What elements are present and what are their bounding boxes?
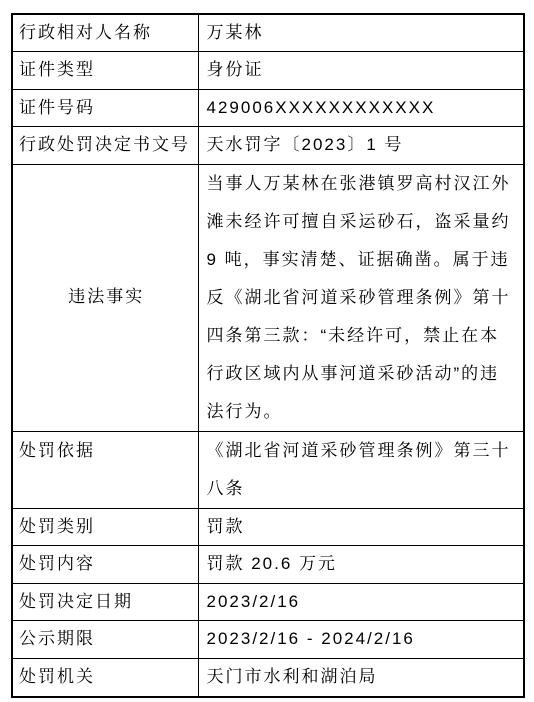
field-label-id-number: 证件号码 (12, 89, 198, 127)
row-penalty-authority: 处罚机关 天门市水利和湖泊局 (12, 658, 524, 697)
field-value-publicity-period: 2023/2/16 - 2024/2/16 (198, 621, 524, 659)
field-value-penalty-category: 罚款 (198, 508, 524, 546)
field-label-penalty-decision-date: 处罚决定日期 (12, 583, 198, 621)
row-id-type: 证件类型 身份证 (12, 52, 524, 90)
row-party-name: 行政相对人名称 万某林 (12, 14, 524, 52)
field-label-penalty-content: 处罚内容 (12, 546, 198, 584)
page-root: { "accent_colors": { "border": "#000000"… (0, 0, 534, 702)
row-id-number: 证件号码 429006XXXXXXXXXXXX (12, 89, 524, 127)
field-value-penalty-authority: 天门市水利和湖泊局 (198, 658, 524, 697)
field-value-party-name: 万某林 (198, 14, 524, 52)
field-value-decision-doc-no: 天水罚字〔2023〕1 号 (198, 127, 524, 165)
row-publicity-period: 公示期限 2023/2/16 - 2024/2/16 (12, 621, 524, 659)
penalty-record-table: 行政相对人名称 万某林 证件类型 身份证 证件号码 429006XXXXXXXX… (11, 13, 525, 698)
field-label-penalty-basis: 处罚依据 (12, 431, 198, 508)
field-value-id-type: 身份证 (198, 52, 524, 90)
document-container: 行政相对人名称 万某林 证件类型 身份证 证件号码 429006XXXXXXXX… (11, 13, 525, 698)
field-value-penalty-decision-date: 2023/2/16 (198, 583, 524, 621)
field-label-id-type: 证件类型 (12, 52, 198, 90)
field-label-penalty-authority: 处罚机关 (12, 658, 198, 697)
field-label-illegal-facts: 违法事实 (12, 164, 198, 431)
row-penalty-basis: 处罚依据 《湖北省河道采砂管理条例》第三十 八条 (12, 431, 524, 508)
row-illegal-facts: 违法事实 当事人万某林在张港镇罗高村汉江外 滩未经许可擅自采运砂石，盗采量约 9… (12, 164, 524, 431)
field-value-illegal-facts: 当事人万某林在张港镇罗高村汉江外 滩未经许可擅自采运砂石，盗采量约 9 吨，事实… (198, 164, 524, 431)
field-label-party-name: 行政相对人名称 (12, 14, 198, 52)
row-penalty-decision-date: 处罚决定日期 2023/2/16 (12, 583, 524, 621)
field-value-penalty-basis: 《湖北省河道采砂管理条例》第三十 八条 (198, 431, 524, 508)
field-label-penalty-category: 处罚类别 (12, 508, 198, 546)
field-value-penalty-content: 罚款 20.6 万元 (198, 546, 524, 584)
field-label-publicity-period: 公示期限 (12, 621, 198, 659)
row-decision-doc-no: 行政处罚决定书文号 天水罚字〔2023〕1 号 (12, 127, 524, 165)
field-label-decision-doc-no: 行政处罚决定书文号 (12, 127, 198, 165)
field-value-id-number: 429006XXXXXXXXXXXX (198, 89, 524, 127)
row-penalty-category: 处罚类别 罚款 (12, 508, 524, 546)
row-penalty-content: 处罚内容 罚款 20.6 万元 (12, 546, 524, 584)
